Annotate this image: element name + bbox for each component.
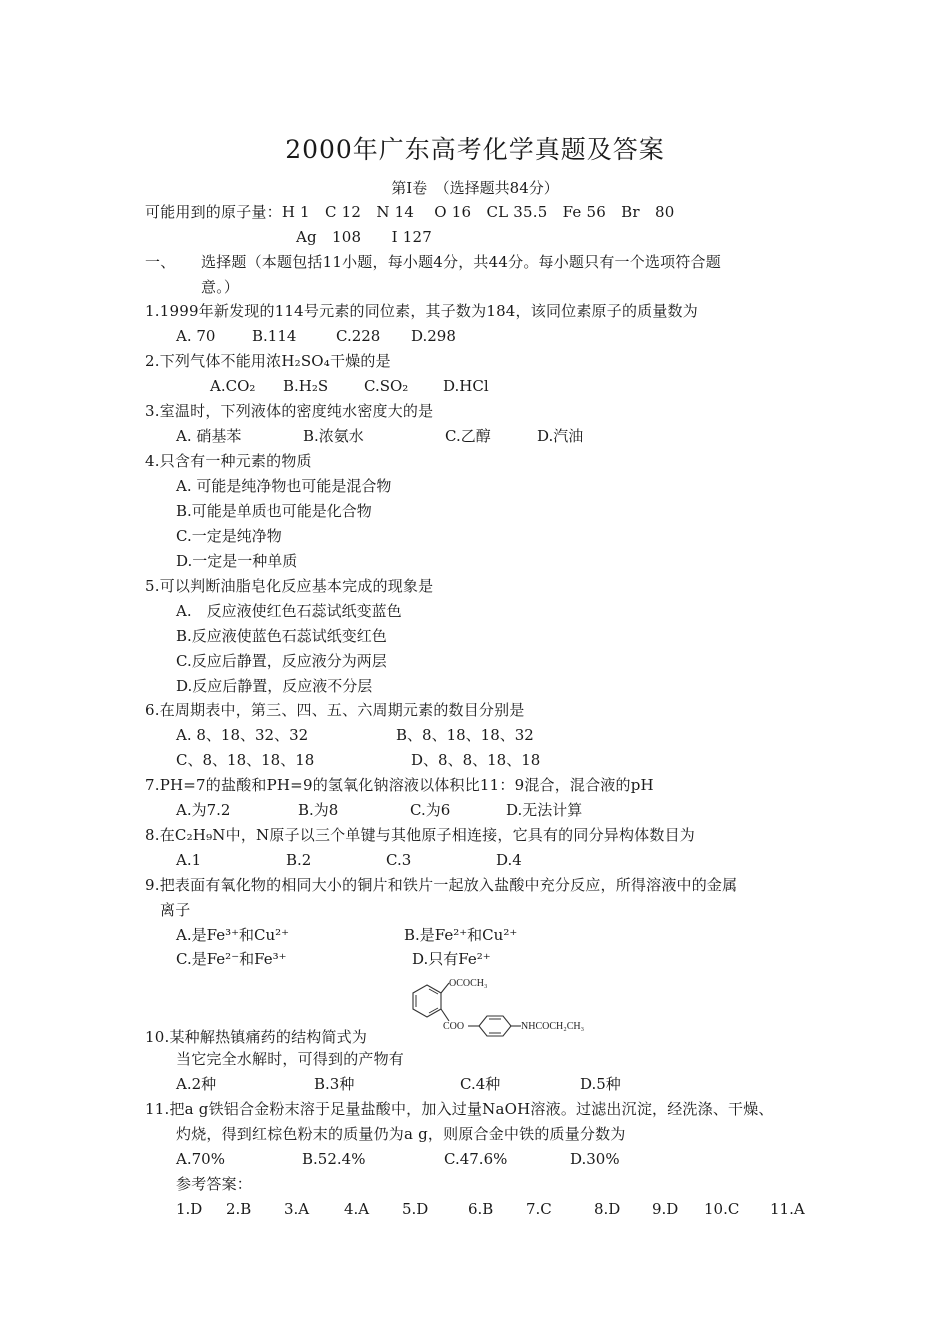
answer-6: 6.B [468,1199,493,1219]
question-text: 把表面有氧化物的相同大小的铜片和铁片一起放入盐酸中充分反应，所得溶液中的金属 [160,876,738,894]
structure-label-ester: COO [443,1021,464,1032]
atomic-mass-line-1: 可能用到的原子量：H 1 C 12 N 14 O 16 CL 35.5 Fe 5… [145,202,674,222]
answers-label: 参考答案： [176,1174,252,1194]
option-2b: B.H₂S [283,376,328,396]
question-text: 只含有一种元素的物质 [160,452,312,470]
answer-5: 5.D [402,1199,428,1219]
option-6d: D、8、8、18、18 [411,750,540,770]
option-4a: A. 可能是纯净物也可能是混合物 [176,476,391,496]
option-1c: C.228 [336,326,380,346]
option-6a: A. 8、18、32、32 [176,725,308,745]
question-number: 7. [145,776,160,794]
atomic-mass-values-1: H 1 C 12 N 14 O 16 CL 35.5 Fe 56 Br 80 [282,203,675,221]
part-description-line-2: 意。） [201,277,239,297]
question-number: 9. [145,876,160,894]
structure-label-acetoxy: OCOCH₃ [449,978,488,989]
option-9c: C.是Fe²⁻和Fe³⁺ [176,949,287,969]
option-9a: A.是Fe³⁺和Cu²⁺ [176,925,289,945]
answer-8: 8.D [594,1199,620,1219]
question-number: 10. [145,1028,169,1046]
structure-label-amide: NHCOCH₂CH₃ [521,1021,584,1032]
atomic-mass-values-2: Ag 108 I 127 [296,227,432,247]
question-4: 4.只含有一种元素的物质 [145,451,312,471]
option-11d: D.30% [570,1149,620,1169]
question-text: 可以判断油脂皂化反应基本完成的现象是 [160,577,434,595]
question-5: 5.可以判断油脂皂化反应基本完成的现象是 [145,576,433,596]
answer-4: 4.A [344,1199,369,1219]
question-11: 11.把a g铁铝合金粉末溶于足量盐酸中，加入过量NaOH溶液。过滤出沉淀，经洗… [145,1099,774,1119]
question-7: 7.PH=7的盐酸和PH=9的氢氧化钠溶液以体积比11：9混合，混合液的pH [145,775,654,795]
option-11a: A.70% [176,1149,225,1169]
question-2: 2.下列气体不能用浓H₂SO₄干燥的是 [145,351,391,371]
atomic-mass-label: 可能用到的原子量： [145,203,282,221]
answer-1: 1.D [176,1199,202,1219]
option-3b: B.浓氨水 [303,426,364,446]
question-1: 1.1999年新发现的114号元素的同位素，其子数为184，该同位素原子的质量数… [145,301,698,321]
option-4d: D.一定是一种单质 [176,551,297,571]
option-6c: C、8、18、18、18 [176,750,314,770]
answer-10: 10.C [704,1199,739,1219]
option-6b: B、8、18、18、32 [396,725,534,745]
option-3d: D.汽油 [537,426,583,446]
option-7a: A.为7.2 [176,800,230,820]
option-3a: A. 硝基苯 [176,426,241,446]
question-text: PH=7的盐酸和PH=9的氢氧化钠溶液以体积比11：9混合，混合液的pH [160,776,654,794]
question-9-line-2: 离子 [160,900,190,920]
option-5a: A. 反应液使红色石蕊试纸变蓝色 [176,601,402,621]
question-number: 3. [145,402,160,420]
question-number: 11. [145,1100,169,1118]
option-8b: B.2 [286,850,311,870]
section-header: 第Ⅰ卷 （选择题共84分） [0,178,950,198]
question-text: 干燥的是 [330,352,391,370]
question-number: 6. [145,701,160,719]
option-9d: D.只有Fe²⁺ [412,949,491,969]
question-text: 下列气体不能用浓 [160,352,282,370]
question-text: 中，N原子以三个单键与其他原子相连接，它具有的同分异构体数目为 [226,826,695,844]
option-7d: D.无法计算 [506,800,582,820]
option-5d: D.反应后静置，反应液不分层 [176,676,372,696]
option-8d: D.4 [496,850,522,870]
option-10d: D.5种 [580,1074,621,1094]
option-1d: D.298 [411,326,456,346]
question-text: 1999年新发现的114号元素的同位素，其子数为184，该同位素原子的质量数为 [160,302,698,320]
question-3: 3.室温时，下列液体的密度纯水密度大的是 [145,401,433,421]
answer-7: 7.C [526,1199,552,1219]
question-number: 4. [145,452,160,470]
question-number: 8. [145,826,160,844]
question-number: 5. [145,577,160,595]
option-1b: B.114 [252,326,296,346]
part-description-line-1: 选择题（本题包括11小题，每小题4分，共44分。每小题只有一个选项符合题 [201,252,721,272]
option-8c: C.3 [386,850,411,870]
option-10b: B.3种 [314,1074,354,1094]
question-number: 2. [145,352,160,370]
question-text: 在周期表中，第三、四、五、六周期元素的数目分别是 [160,701,525,719]
formula: H₂SO₄ [281,352,330,370]
question-9: 9.把表面有氧化物的相同大小的铜片和铁片一起放入盐酸中充分反应，所得溶液中的金属 [145,875,737,895]
option-7c: C.为6 [410,800,450,820]
chemical-structure-diagram: OCOCH₃ COO NHCOCH₂CH₃ [405,975,605,1037]
option-2c: C.SO₂ [364,376,408,396]
answer-11: 11.A [770,1199,805,1219]
answer-9: 9.D [652,1199,678,1219]
question-10-line-2: 当它完全水解时，可得到的产物有 [176,1049,404,1069]
document-title: 2000年广东高考化学真题及答案 [0,134,950,166]
option-3c: C.乙醇 [445,426,491,446]
option-5c: C.反应后静置，反应液分为两层 [176,651,387,671]
question-8: 8.在C₂H₉N中，N原子以三个单键与其他原子相连接，它具有的同分异构体数目为 [145,825,695,845]
option-4b: B.可能是单质也可能是化合物 [176,501,372,521]
option-2a: A.CO₂ [210,376,255,396]
option-7b: B.为8 [298,800,338,820]
answer-3: 3.A [284,1199,309,1219]
formula: C₂H₉N [175,826,226,844]
option-5b: B.反应液使蓝色石蕊试纸变红色 [176,626,387,646]
option-10c: C.4种 [460,1074,500,1094]
part-number: 一、 [145,252,175,272]
option-4c: C.一定是纯净物 [176,526,282,546]
question-text: 在 [160,826,175,844]
option-8a: A.1 [176,850,201,870]
question-text: 某种解热镇痛药的结构简式为 [169,1028,367,1046]
question-number: 1. [145,302,160,320]
option-9b: B.是Fe²⁺和Cu²⁺ [404,925,517,945]
question-6: 6.在周期表中，第三、四、五、六周期元素的数目分别是 [145,700,525,720]
option-1a: A. 70 [176,326,215,346]
question-text: 室温时，下列液体的密度纯水密度大的是 [160,402,434,420]
question-10: 10.某种解热镇痛药的结构简式为 [145,1027,367,1047]
option-10a: A.2种 [176,1074,216,1094]
option-11c: C.47.6% [444,1149,507,1169]
option-2d: D.HCl [443,376,489,396]
document-page: 2000年广东高考化学真题及答案 第Ⅰ卷 （选择题共84分） 可能用到的原子量：… [0,0,950,1344]
option-11b: B.52.4% [302,1149,365,1169]
answer-2: 2.B [226,1199,251,1219]
question-text: 把a g铁铝合金粉末溶于足量盐酸中，加入过量NaOH溶液。过滤出沉淀，经洗涤、干… [169,1100,773,1118]
question-11-line-2: 灼烧，得到红棕色粉末的质量仍为a g，则原合金中铁的质量分数为 [176,1124,626,1144]
